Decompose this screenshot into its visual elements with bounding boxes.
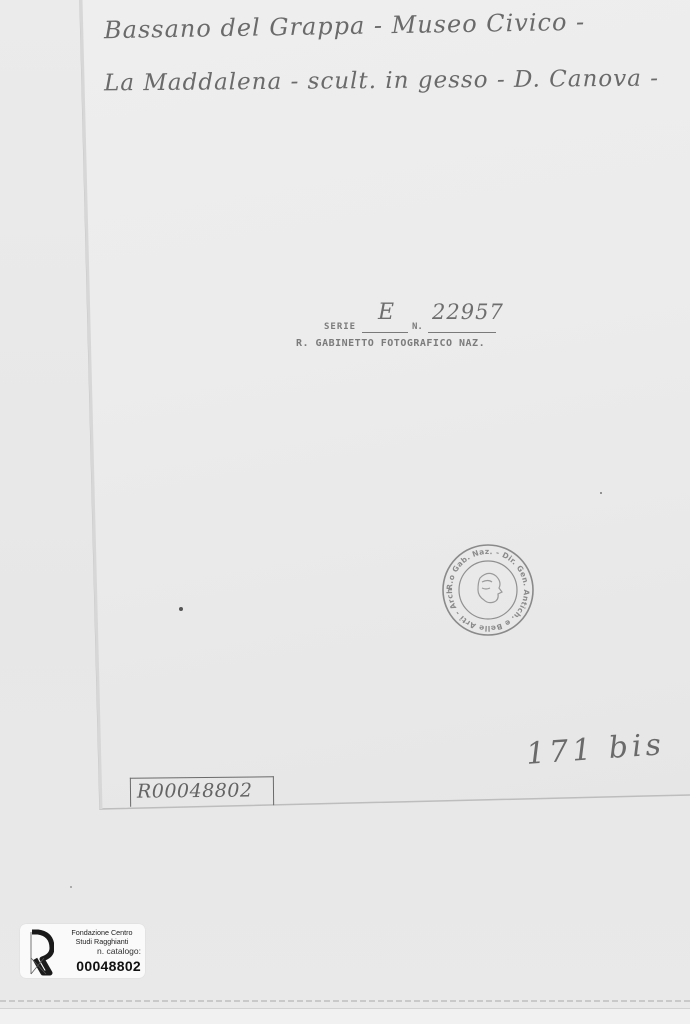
- inventory-code: R00048802: [137, 779, 253, 802]
- ink-speck: [600, 492, 602, 494]
- photo-card-back: [0, 0, 690, 820]
- archive-seal: R.o Gab. Naz. - Dir. Gen. Antich. e Bell…: [440, 542, 536, 638]
- number-label: N.: [412, 322, 423, 332]
- gabinetto-stamp: SERIE E N. 22957 R. GABINETTO FOTOGRAFIC…: [296, 300, 536, 360]
- profile-head-seal-icon: [478, 573, 502, 602]
- catalog-label: Fondazione Centro Studi Ragghianti n. ca…: [20, 924, 145, 978]
- fondazione-ragghianti-r-logo: [28, 928, 54, 976]
- serie-value: E: [378, 300, 394, 325]
- foundation-name: Fondazione Centro Studi Ragghianti: [64, 928, 140, 946]
- perforation-line: [0, 1000, 690, 1002]
- ink-speck: [70, 886, 72, 888]
- ink-speck: [179, 607, 183, 611]
- foundation-name-line1: Fondazione Centro: [64, 928, 140, 937]
- foundation-name-line2: Studi Ragghianti: [64, 937, 140, 946]
- number-underline: [428, 332, 496, 333]
- bottom-strip: [0, 1008, 690, 1024]
- serie-underline: [362, 332, 408, 333]
- catalog-number-label: n. catalogo:: [97, 946, 141, 956]
- inventory-box: R00048802: [130, 776, 274, 807]
- scanned-photo-back: Bassano del Grappa - Museo Civico - La M…: [0, 0, 690, 1024]
- institution-name: R. GABINETTO FOTOGRAFICO NAZ.: [296, 338, 485, 349]
- catalog-number: 00048802: [76, 958, 141, 974]
- serie-label: SERIE: [324, 322, 356, 332]
- number-value: 22957: [432, 300, 504, 324]
- caption-subject: La Maddalena - scult. in gesso - D. Cano…: [104, 66, 659, 97]
